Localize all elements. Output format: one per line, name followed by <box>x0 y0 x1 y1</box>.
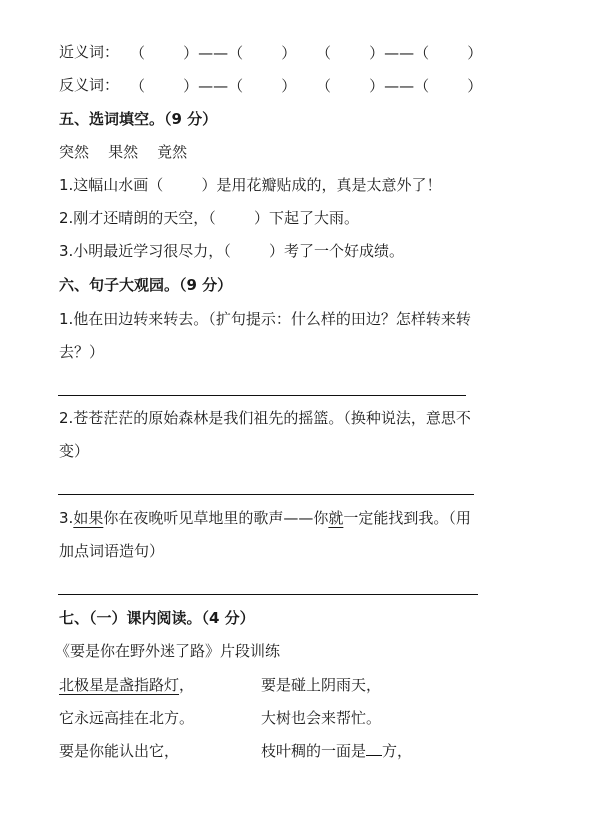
answer-line-1[interactable] <box>58 395 466 396</box>
section5-question-3[interactable]: 3.小明最近学习很尽力，（ ）考了一个好成绩。 <box>59 241 404 261</box>
q3-suffix: 一定能找到我。（用 <box>343 509 471 527</box>
section6-q3-line2: 加点词语造句） <box>59 541 164 561</box>
poem-right-line-3-prefix: 枝叶稠的一面是 <box>261 742 366 760</box>
synonyms-row: 近义词： <box>59 42 119 62</box>
poem-right-line-3: 枝叶稠的一面是方， <box>261 741 412 761</box>
answer-line-2[interactable] <box>58 494 474 495</box>
antonyms-row: 反义词： <box>59 75 119 95</box>
section5-word-bank: 突然 果然 竟然 <box>59 142 187 162</box>
poem-right-line-2: 大树也会来帮忙。 <box>261 708 381 728</box>
section5-title: 五、选词填空。（9 分） <box>59 109 217 129</box>
section6-q1-line2: 去？） <box>59 342 104 362</box>
synonyms-pair-2[interactable]: （ ）——（ ） <box>316 42 482 63</box>
section6-title: 六、句子大观园。（9 分） <box>59 275 232 295</box>
underlined-phrase: 北极星是盏指路灯 <box>59 676 179 694</box>
antonyms-pair-1[interactable]: （ ）——（ ） <box>130 75 296 96</box>
answer-line-3[interactable] <box>58 594 478 595</box>
poem-left-line-2: 它永远高挂在北方。 <box>59 708 194 728</box>
emphasized-word-jiu: 就 <box>328 509 343 527</box>
antonyms-label: 反义词： <box>59 76 119 94</box>
poem-left-line-1: 北极星是盏指路灯， <box>59 675 194 695</box>
poem-right-line-1: 要是碰上阴雨天， <box>261 675 381 695</box>
section7-title: 七、（一）课内阅读。（4 分） <box>59 608 255 628</box>
q3-middle: 你在夜晚听见草地里的歌声——你 <box>103 509 328 527</box>
section5-question-2[interactable]: 2.刚才还晴朗的天空，（ ）下起了大雨。 <box>59 208 359 228</box>
section7-subtitle: 《要是你在野外迷了路》片段训练 <box>55 641 280 661</box>
comma: ， <box>179 676 194 694</box>
poem-left-line-3: 要是你能认出它， <box>59 741 179 761</box>
poem-right-line-3-suffix: 方， <box>382 742 412 760</box>
section6-q2-line1: 2.苍苍茫茫的原始森林是我们祖先的摇篮。（换种说法，意思不 <box>59 408 471 428</box>
q3-prefix: 3. <box>59 509 73 527</box>
section6-q1-line1: 1.他在田边转来转去。（扩句提示：什么样的田边？怎样转来转 <box>59 309 471 329</box>
synonyms-label: 近义词： <box>59 43 119 61</box>
fill-blank[interactable] <box>366 741 382 756</box>
section5-question-1[interactable]: 1.这幅山水画（ ）是用花瓣贴成的，真是太意外了！ <box>59 175 441 195</box>
synonyms-pair-1[interactable]: （ ）——（ ） <box>130 42 296 63</box>
antonyms-pair-2[interactable]: （ ）——（ ） <box>316 75 482 96</box>
section6-q2-line2: 变） <box>59 441 89 461</box>
section6-q3-line1: 3.如果你在夜晚听见草地里的歌声——你就一定能找到我。（用 <box>59 508 471 528</box>
emphasized-word-ruguo: 如果 <box>73 509 103 527</box>
